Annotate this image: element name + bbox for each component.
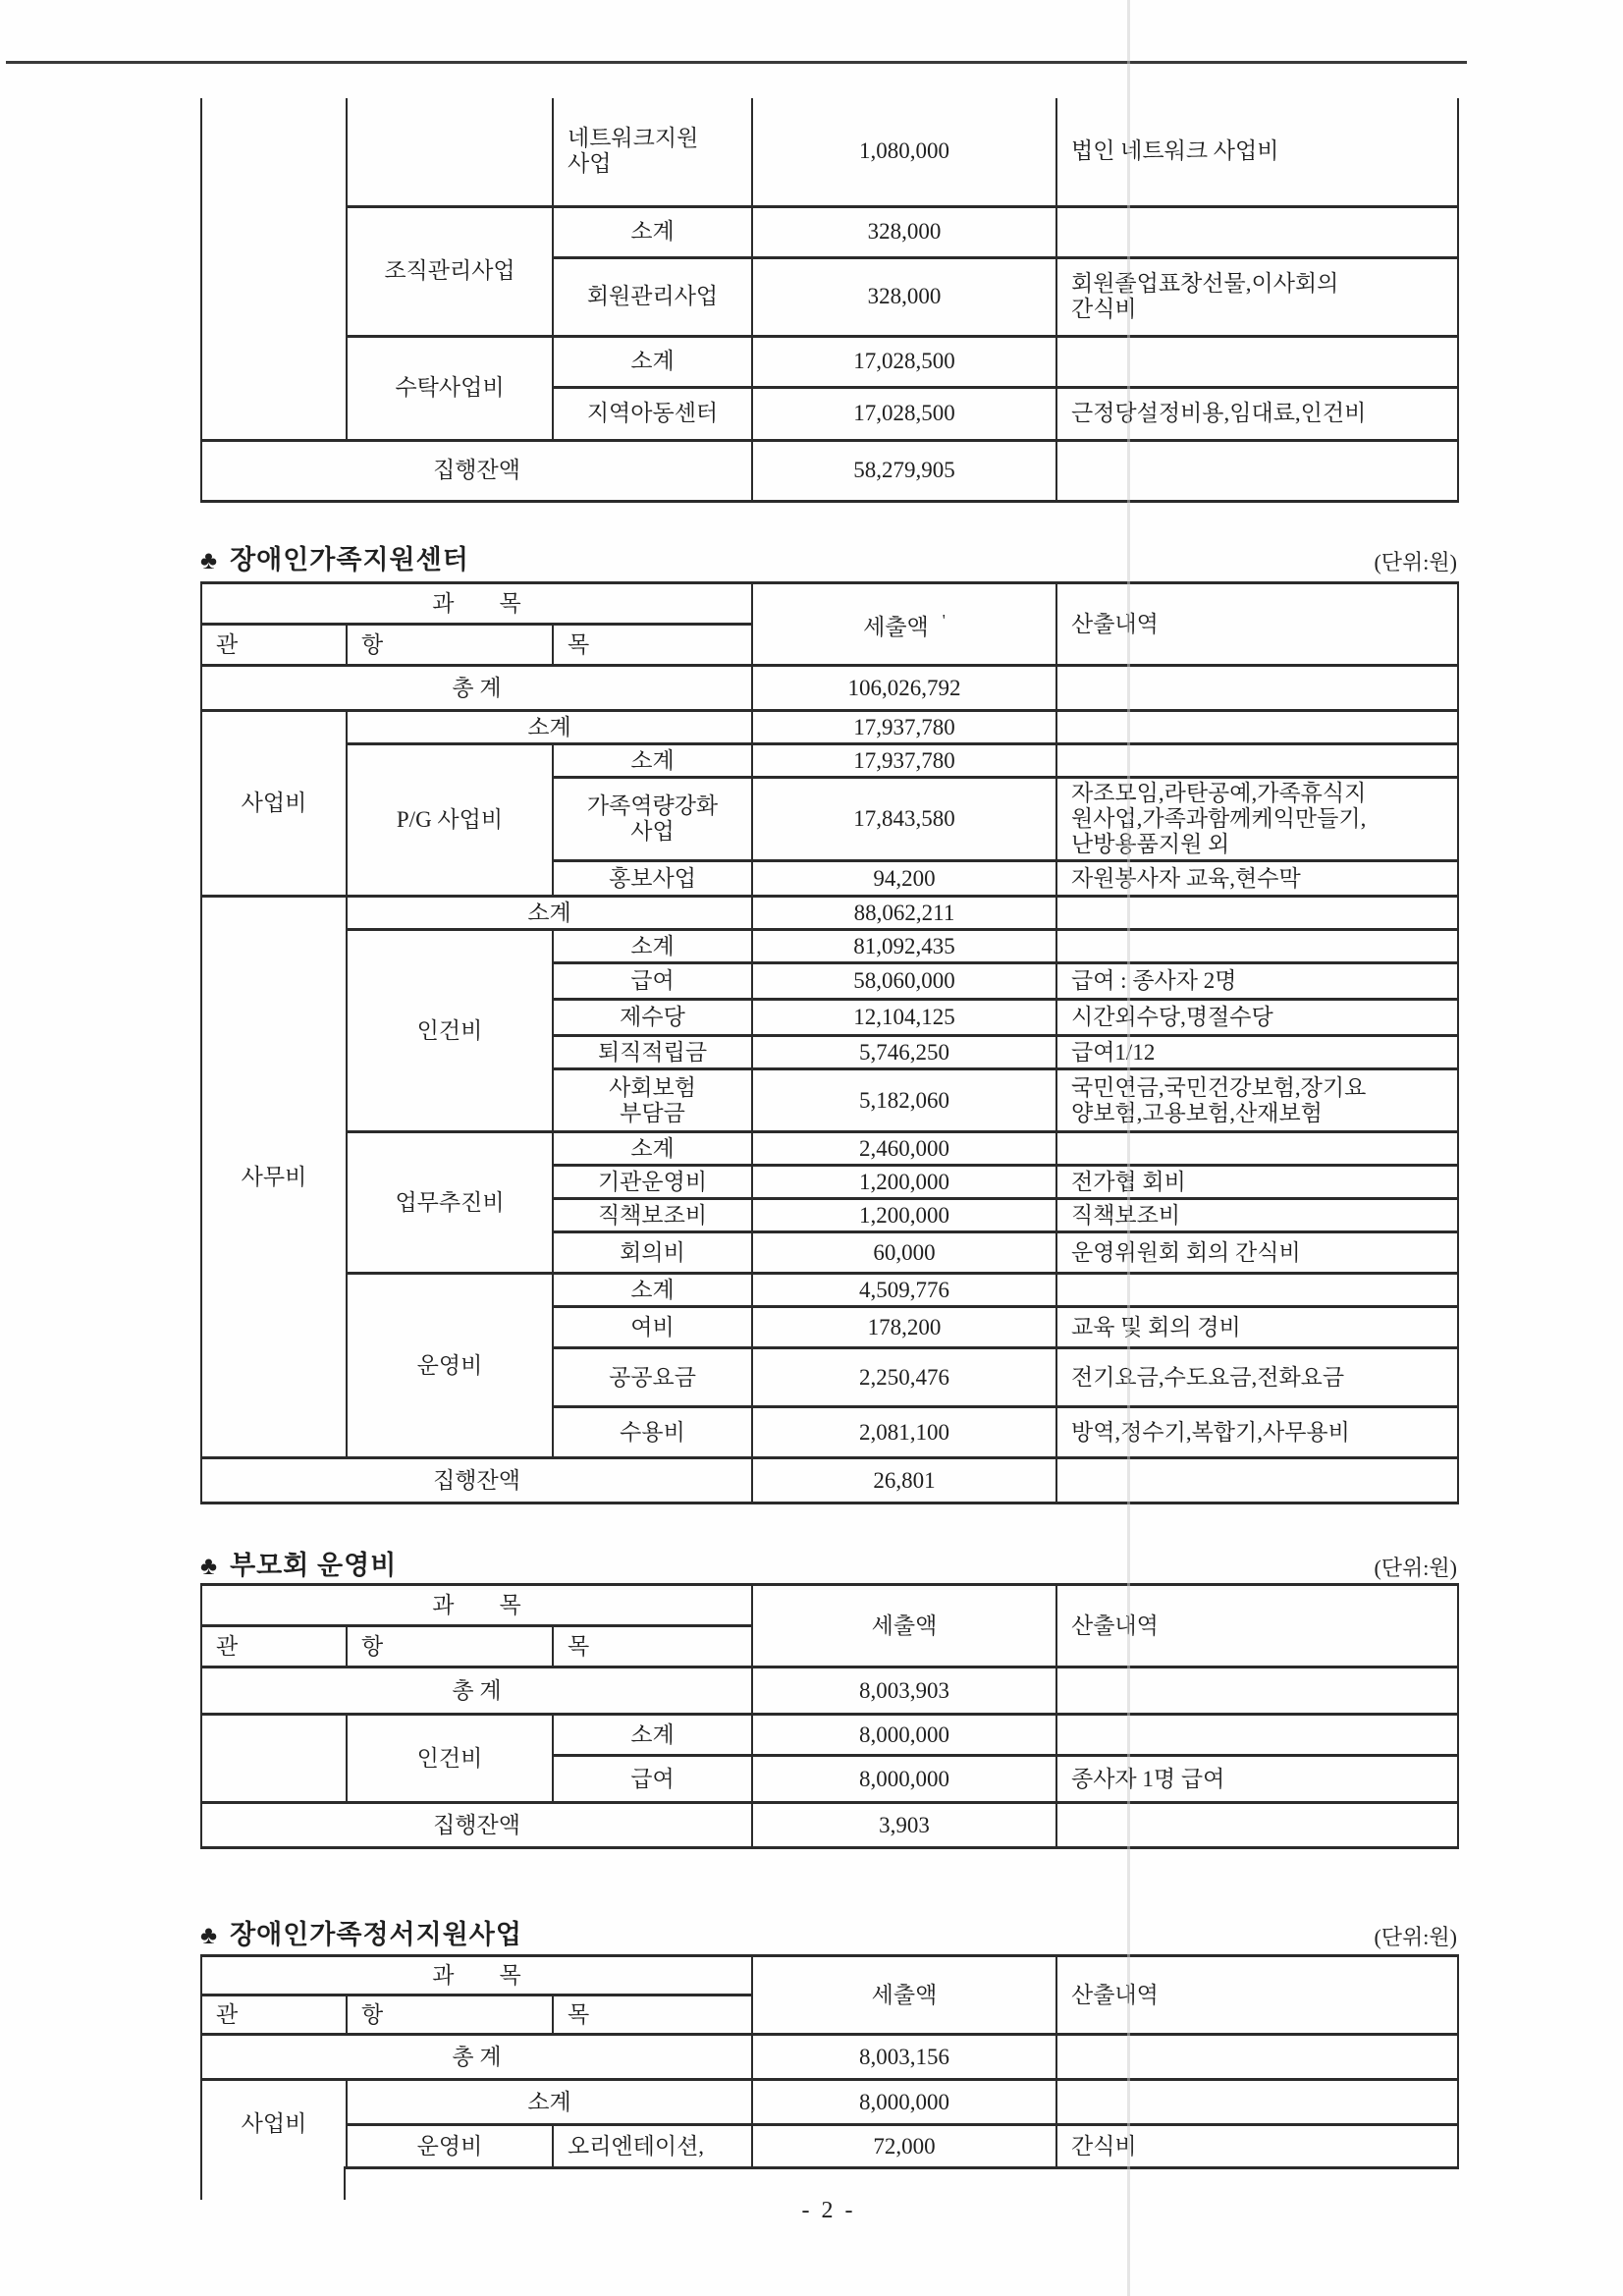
- item-label-cell: 총 계: [201, 2035, 752, 2080]
- table-row: 사업비소계8,000,000: [201, 2080, 1458, 2125]
- cell-text: 소계: [630, 349, 674, 373]
- header-cell: 관: [201, 1626, 347, 1667]
- item-label-cell: 여비: [553, 1307, 752, 1348]
- header-cell: 목: [553, 625, 752, 666]
- empty-cell: [347, 98, 553, 206]
- clover-icon: ♣: [200, 1552, 218, 1580]
- item-label-cell: 직책보조비: [553, 1199, 752, 1232]
- empty-cell: [201, 1715, 347, 1803]
- amount-cell: 72,000: [752, 2125, 1056, 2168]
- cell-text: 12,104,125: [853, 1005, 955, 1029]
- item-label-cell: 제수당: [553, 1000, 752, 1036]
- page-number: - 2 -: [200, 2198, 1457, 2224]
- cell-text: 홍보사업: [609, 866, 696, 891]
- detail-cell: 간식비: [1056, 2125, 1458, 2168]
- cell-text: 네트워크지원 사업: [568, 126, 698, 176]
- cell-text: 72,000: [873, 2134, 935, 2159]
- table-row: 인건비소계8,000,000: [201, 1715, 1458, 1756]
- item-label-cell: 집행잔액: [201, 440, 752, 501]
- cell-text: 목: [568, 2002, 589, 2027]
- item-label-cell: 소계: [553, 1132, 752, 1166]
- cell-text: 2,250,476: [859, 1365, 949, 1390]
- amount-cell: 2,081,100: [752, 1407, 1056, 1458]
- table-row: 과 목세출액산출내역: [201, 1956, 1458, 1995]
- cell-text: 제수당: [620, 1005, 685, 1029]
- cell-text: 8,000,000: [859, 1767, 949, 1791]
- amount-cell: 3,903: [752, 1803, 1056, 1848]
- item-label-cell: 인건비: [347, 930, 553, 1132]
- header-cell: 과 목: [201, 1956, 752, 1995]
- cell-text: 수용비: [620, 1420, 685, 1445]
- empty-cell: [1056, 711, 1458, 744]
- cell-text: 사업비: [242, 2111, 307, 2136]
- cell-text: 1,200,000: [859, 1170, 949, 1194]
- detail-cell: 직책보조비: [1056, 1199, 1458, 1232]
- cell-text: 교육 및 회의 경비: [1071, 1315, 1241, 1339]
- item-label-cell: 총 계: [201, 666, 752, 711]
- section-title: ♣부모회 운영비: [200, 1544, 397, 1582]
- item-label-cell: 집행잔액: [201, 1803, 752, 1848]
- header-cell: 세출액': [752, 583, 1056, 666]
- cell-text: 집행잔액: [433, 1468, 520, 1493]
- amount-cell: 178,200: [752, 1307, 1056, 1348]
- table-carryover-top: 네트워크지원 사업1,080,000법인 네트워크 사업비조직관리사업소계328…: [200, 98, 1459, 503]
- section-heading: ♣장애인가족정서지원사업(단위:원): [200, 1913, 1457, 1951]
- table-cut-stub: [200, 2166, 202, 2200]
- empty-cell: [1056, 440, 1458, 501]
- cell-text: 17,028,500: [853, 401, 955, 425]
- header-cell: 항: [347, 1995, 553, 2035]
- item-label-cell: 수탁사업비: [347, 336, 553, 440]
- cell-text: 관: [216, 1634, 238, 1659]
- amount-cell: 328,000: [752, 206, 1056, 257]
- item-label-cell: 인건비: [347, 1715, 553, 1803]
- item-label-cell: P/G 사업비: [347, 744, 553, 897]
- table-row: 총 계106,026,792: [201, 666, 1458, 711]
- empty-cell: [201, 98, 347, 440]
- header-cell: 관: [201, 625, 347, 666]
- cell-text: 328,000: [868, 219, 942, 244]
- amount-cell: 60,000: [752, 1232, 1056, 1274]
- detail-cell: 급여 : 종사자 2명: [1056, 963, 1458, 1000]
- amount-cell: 17,937,780: [752, 744, 1056, 778]
- header-cell: 세출액: [752, 1585, 1056, 1667]
- table-row: 운영비오리엔테이션,72,000간식비: [201, 2125, 1458, 2168]
- document-page: ♣장애인가족지원센터(단위:원)♣부모회 운영비(단위:원)♣장애인가족정서지원…: [0, 0, 1623, 2296]
- header-cell: 산출내역: [1056, 1956, 1458, 2035]
- detail-cell: 전기요금,수도요금,전화요금: [1056, 1348, 1458, 1407]
- section-title-text: 부모회 운영비: [230, 1551, 397, 1580]
- amount-cell: 8,003,903: [752, 1667, 1056, 1715]
- cell-text: 5,746,250: [859, 1040, 949, 1065]
- item-label-cell: 회의비: [553, 1232, 752, 1274]
- cell-text: 회원관리사업: [587, 284, 718, 308]
- table-row: 집행잔액26,801: [201, 1458, 1458, 1503]
- amount-cell: 2,250,476: [752, 1348, 1056, 1407]
- scan-artifact-line-vertical: [1127, 0, 1130, 2296]
- cell-text: 17,843,580: [853, 806, 955, 831]
- empty-cell: [1056, 930, 1458, 963]
- cell-text: 88,062,211: [854, 901, 955, 925]
- item-label-cell: 조직관리사업: [347, 206, 553, 336]
- item-label-cell: 사무비: [201, 897, 347, 1458]
- item-label-cell: 오리엔테이션,: [553, 2125, 752, 2168]
- detail-cell: 법인 네트워크 사업비: [1056, 98, 1458, 206]
- item-label-cell: 집행잔액: [201, 1458, 752, 1503]
- item-label-cell: 공공요금: [553, 1348, 752, 1407]
- cell-text: 지역아동센터: [587, 401, 718, 425]
- detail-cell: 전가협 회비: [1056, 1166, 1458, 1199]
- item-label-cell: 운영비: [347, 1274, 553, 1458]
- cell-text: 수탁사업비: [395, 375, 504, 400]
- cell-text: 세출액: [872, 1613, 938, 1638]
- item-label-cell: 네트워크지원 사업: [553, 98, 752, 206]
- amount-cell: 58,060,000: [752, 963, 1056, 1000]
- detail-cell: 자원봉사자 교육,현수막: [1056, 861, 1458, 897]
- empty-cell: [1056, 1715, 1458, 1756]
- detail-cell: 급여1/12: [1056, 1036, 1458, 1069]
- cell-text: 집행잔액: [433, 458, 520, 482]
- amount-cell: 17,028,500: [752, 387, 1056, 440]
- empty-cell: [1056, 1458, 1458, 1503]
- cell-text: 운영비: [417, 2134, 483, 2159]
- item-label-cell: 가족역량강화 사업: [553, 778, 752, 861]
- item-label-cell: 소계: [347, 711, 752, 744]
- empty-cell: [1056, 206, 1458, 257]
- cell-text: 산출내역: [1071, 1983, 1159, 2007]
- header-cell: 목: [553, 1995, 752, 2035]
- cell-text: 퇴직적립금: [598, 1040, 707, 1065]
- cell-text: 국민연금,국민건강보험,장기요 양보험,고용보험,산재보험: [1071, 1075, 1366, 1125]
- cell-text: 소계: [630, 748, 674, 773]
- header-cell: 세출액: [752, 1956, 1056, 2035]
- table-row: 조직관리사업소계328,000: [201, 206, 1458, 257]
- table-row: 운영비소계4,509,776: [201, 1274, 1458, 1307]
- cell-text: 17,937,780: [853, 748, 955, 773]
- item-label-cell: 소계: [553, 1715, 752, 1756]
- cell-text: 전기요금,수도요금,전화요금: [1071, 1365, 1344, 1390]
- item-label-cell: 소계: [553, 930, 752, 963]
- cell-text: 58,279,905: [853, 458, 955, 482]
- cell-text: 급여: [630, 968, 674, 993]
- header-cell: 산출내역: [1056, 1585, 1458, 1667]
- table-row: 사업비소계17,937,780: [201, 711, 1458, 744]
- clover-icon: ♣: [200, 546, 218, 574]
- unit-label: (단위:원): [1374, 1921, 1457, 1951]
- empty-cell: [1056, 666, 1458, 711]
- cell-text: 소계: [630, 1722, 674, 1747]
- cell-text: 17,937,780: [853, 715, 955, 739]
- item-label-cell: 소계: [347, 2080, 752, 2125]
- cell-text: 총 계: [452, 676, 501, 700]
- table-emotional-support: 과 목세출액산출내역관항목총 계8,003,156사업비소계8,000,000운…: [200, 1954, 1459, 2169]
- cell-text: 가족역량강화 사업: [587, 793, 718, 844]
- cell-text: 근정당설정비용,임대료,인건비: [1071, 401, 1366, 425]
- scan-artifact-line-top: [6, 61, 1467, 64]
- cell-text: 회원졸업표창선물,이사회의 간식비: [1071, 271, 1338, 321]
- table-row: 사무비소계88,062,211: [201, 897, 1458, 930]
- cell-text: 운영비: [417, 1353, 483, 1378]
- cell-text: 직책보조비: [598, 1203, 707, 1228]
- detail-cell: 근정당설정비용,임대료,인건비: [1056, 387, 1458, 440]
- item-label-cell: 운영비: [347, 2125, 553, 2168]
- cell-text: 소계: [527, 715, 570, 739]
- cell-text: 회의비: [620, 1240, 685, 1265]
- table-row: 집행잔액58,279,905: [201, 440, 1458, 501]
- detail-cell: 자조모임,라탄공예,가족휴식지 원사업,가족과함께케익만들기, 난방용품지원 외: [1056, 778, 1458, 861]
- cell-text: 58,060,000: [853, 968, 955, 993]
- cell-text: 178,200: [868, 1315, 942, 1339]
- cell-text: 소계: [630, 219, 674, 244]
- detail-cell: 종사자 1명 급여: [1056, 1756, 1458, 1803]
- cell-text: 오리엔테이션,: [568, 2134, 704, 2159]
- empty-cell: [1056, 2080, 1458, 2125]
- cell-text: 인건비: [417, 1018, 483, 1043]
- item-label-cell: 소계: [553, 744, 752, 778]
- unit-label: (단위:원): [1374, 546, 1457, 576]
- amount-cell: 8,000,000: [752, 1715, 1056, 1756]
- cell-text: 5,182,060: [859, 1088, 949, 1113]
- empty-cell: [1056, 1274, 1458, 1307]
- unit-label: (단위:원): [1374, 1552, 1457, 1582]
- table-row: 인건비소계81,092,435: [201, 930, 1458, 963]
- amount-cell: 26,801: [752, 1458, 1056, 1503]
- detail-cell: 교육 및 회의 경비: [1056, 1307, 1458, 1348]
- amount-cell: 5,746,250: [752, 1036, 1056, 1069]
- detail-cell: 방역,정수기,복합기,사무용비: [1056, 1407, 1458, 1458]
- cell-text: 사무비: [242, 1165, 307, 1189]
- cell-text: 8,003,156: [859, 2045, 949, 2069]
- item-label-cell: 사업비: [201, 711, 347, 897]
- cell-text: 26,801: [873, 1468, 935, 1493]
- cell-text: 81,092,435: [853, 934, 955, 958]
- cell-text: 소계: [527, 2090, 570, 2114]
- cell-text: P/G 사업비: [397, 807, 503, 832]
- item-label-cell: 홍보사업: [553, 861, 752, 897]
- cell-text: 인건비: [417, 1746, 483, 1771]
- cell-text: 8,000,000: [859, 2090, 949, 2114]
- cell-text: 급여: [630, 1767, 674, 1791]
- cell-text: 항: [361, 632, 383, 657]
- cell-text: 종사자 1명 급여: [1071, 1767, 1224, 1791]
- empty-cell: [1056, 897, 1458, 930]
- item-label-cell: 총 계: [201, 1667, 752, 1715]
- cell-text: 17,028,500: [853, 349, 955, 373]
- item-label-cell: 퇴직적립금: [553, 1036, 752, 1069]
- header-cell: 항: [347, 1626, 553, 1667]
- header-cell: 과 목: [201, 1585, 752, 1626]
- table-parents-association: 과 목세출액산출내역관항목총 계8,003,903인건비소계8,000,000급…: [200, 1583, 1459, 1849]
- amount-cell: 94,200: [752, 861, 1056, 897]
- cell-text: 사회보험 부담금: [609, 1075, 696, 1125]
- table-row: 집행잔액3,903: [201, 1803, 1458, 1848]
- item-label-cell: 사업비: [201, 2080, 347, 2168]
- amount-cell: 4,509,776: [752, 1274, 1056, 1307]
- cell-text: 관: [216, 632, 238, 657]
- cell-text: 자원봉사자 교육,현수막: [1071, 866, 1301, 891]
- empty-cell: [1056, 1667, 1458, 1715]
- table-row: 총 계8,003,903: [201, 1667, 1458, 1715]
- header-cell: 항: [347, 625, 553, 666]
- detail-cell: 회원졸업표창선물,이사회의 간식비: [1056, 257, 1458, 336]
- section-heading: ♣부모회 운영비(단위:원): [200, 1544, 1457, 1582]
- cell-text: 집행잔액: [433, 1813, 520, 1837]
- detail-cell: 운영위원회 회의 간식비: [1056, 1232, 1458, 1274]
- amount-cell: 58,279,905: [752, 440, 1056, 501]
- cell-text: 소계: [527, 901, 570, 925]
- cell-text: 운영위원회 회의 간식비: [1071, 1240, 1301, 1265]
- amount-cell: 8,000,000: [752, 2080, 1056, 2125]
- cell-text: 기관운영비: [598, 1170, 707, 1194]
- cell-text: 관: [216, 2002, 238, 2027]
- cell-text: 1,080,000: [859, 138, 949, 163]
- item-label-cell: 소계: [553, 206, 752, 257]
- cell-text: 1,200,000: [859, 1203, 949, 1228]
- cell-text: 과 목: [432, 591, 520, 616]
- cell-text: 산출내역: [1071, 612, 1159, 636]
- cell-text: 항: [361, 1634, 383, 1659]
- table-row: 과 목세출액'산출내역: [201, 583, 1458, 625]
- section-heading: ♣장애인가족지원센터(단위:원): [200, 538, 1457, 576]
- section-title-text: 장애인가족지원센터: [230, 545, 469, 574]
- cell-text: 2,460,000: [859, 1136, 949, 1161]
- cell-text: 8,003,903: [859, 1678, 949, 1703]
- cell-text: 8,000,000: [859, 1722, 949, 1747]
- detail-cell: 시간외수당,명절수당: [1056, 1000, 1458, 1036]
- cell-text: 소계: [630, 1136, 674, 1161]
- amount-cell: 88,062,211: [752, 897, 1056, 930]
- table-cut-stub: [344, 2166, 346, 2200]
- cell-text: 4,509,776: [859, 1278, 949, 1302]
- item-label-cell: 지역아동센터: [553, 387, 752, 440]
- cell-text: 총 계: [452, 2045, 501, 2069]
- header-cell: 과 목: [201, 583, 752, 625]
- cell-text: 과 목: [432, 1963, 520, 1988]
- empty-cell: [1056, 744, 1458, 778]
- cell-text: 소계: [630, 934, 674, 958]
- item-label-cell: 사회보험 부담금: [553, 1069, 752, 1132]
- item-label-cell: 업무추진비: [347, 1132, 553, 1274]
- section-title: ♣장애인가족정서지원사업: [200, 1913, 522, 1951]
- cell-text: 자조모임,라탄공예,가족휴식지 원사업,가족과함께케익만들기, 난방용품지원 외: [1071, 781, 1366, 856]
- cell-text: 세출액: [872, 1983, 938, 2007]
- cell-text: 시간외수당,명절수당: [1071, 1005, 1273, 1029]
- empty-cell: [1056, 2035, 1458, 2080]
- item-label-cell: 기관운영비: [553, 1166, 752, 1199]
- amount-cell: 2,460,000: [752, 1132, 1056, 1166]
- cell-text: 소계: [630, 1278, 674, 1302]
- item-label-cell: 소계: [553, 1274, 752, 1307]
- amount-cell: 17,937,780: [752, 711, 1056, 744]
- cell-text: 94,200: [873, 866, 935, 891]
- cell-text: 여비: [630, 1315, 674, 1339]
- cell-text: 급여 : 종사자 2명: [1071, 968, 1236, 993]
- cell-text: 직책보조비: [1071, 1203, 1180, 1228]
- amount-cell: 328,000: [752, 257, 1056, 336]
- item-label-cell: 급여: [553, 963, 752, 1000]
- item-label-cell: 급여: [553, 1756, 752, 1803]
- cell-text: 목: [568, 1634, 589, 1659]
- amount-cell: 1,200,000: [752, 1199, 1056, 1232]
- header-cell: 관: [201, 1995, 347, 2035]
- section-title: ♣장애인가족지원센터: [200, 538, 469, 576]
- cell-text: 급여1/12: [1071, 1040, 1155, 1065]
- amount-cell: 1,080,000: [752, 98, 1056, 206]
- amount-cell: 81,092,435: [752, 930, 1056, 963]
- amount-cell: 106,026,792: [752, 666, 1056, 711]
- empty-cell: [1056, 336, 1458, 387]
- table-row: 네트워크지원 사업1,080,000법인 네트워크 사업비: [201, 98, 1458, 206]
- amount-cell: 17,028,500: [752, 336, 1056, 387]
- amount-cell: 8,000,000: [752, 1756, 1056, 1803]
- detail-cell: 국민연금,국민건강보험,장기요 양보험,고용보험,산재보험: [1056, 1069, 1458, 1132]
- amount-cell: 8,003,156: [752, 2035, 1056, 2080]
- item-label-cell: 소계: [347, 897, 752, 930]
- cell-text: 업무추진비: [395, 1190, 504, 1215]
- cell-text: 항: [361, 2002, 383, 2027]
- cell-text: 법인 네트워크 사업비: [1071, 138, 1278, 163]
- cell-text: 방역,정수기,복합기,사무용비: [1071, 1420, 1350, 1445]
- cell-text: 60,000: [873, 1240, 935, 1265]
- empty-cell: [1056, 1803, 1458, 1848]
- amount-cell: 1,200,000: [752, 1166, 1056, 1199]
- cell-text: 총 계: [452, 1678, 501, 1703]
- cell-text: 공공요금: [609, 1365, 696, 1390]
- amount-cell: 17,843,580: [752, 778, 1056, 861]
- cell-text: 과 목: [432, 1593, 520, 1617]
- empty-cell: [1056, 1132, 1458, 1166]
- stray-tick-mark: ': [943, 611, 946, 629]
- item-label-cell: 회원관리사업: [553, 257, 752, 336]
- table-family-support-center: 과 목세출액'산출내역관항목총 계106,026,792사업비소계17,937,…: [200, 581, 1459, 1504]
- cell-text: 목: [568, 632, 589, 657]
- header-cell: 산출내역: [1056, 583, 1458, 666]
- item-label-cell: 수용비: [553, 1407, 752, 1458]
- table-row: 총 계8,003,156: [201, 2035, 1458, 2080]
- cell-text: 세출액: [863, 615, 929, 639]
- cell-text: 사업비: [242, 791, 307, 815]
- item-label-cell: 소계: [553, 336, 752, 387]
- clover-icon: ♣: [200, 1921, 218, 1949]
- amount-cell: 5,182,060: [752, 1069, 1056, 1132]
- cell-text: 2,081,100: [859, 1420, 949, 1445]
- amount-cell: 12,104,125: [752, 1000, 1056, 1036]
- table-row: 수탁사업비소계17,028,500: [201, 336, 1458, 387]
- cell-text: 328,000: [868, 284, 942, 308]
- cell-text: 산출내역: [1071, 1613, 1159, 1638]
- table-row: 과 목세출액산출내역: [201, 1585, 1458, 1626]
- table-row: P/G 사업비소계17,937,780: [201, 744, 1458, 778]
- cell-text: 106,026,792: [848, 676, 961, 700]
- cell-text: 3,903: [879, 1813, 930, 1837]
- section-title-text: 장애인가족정서지원사업: [230, 1920, 522, 1949]
- header-cell: 목: [553, 1626, 752, 1667]
- table-row: 업무추진비소계2,460,000: [201, 1132, 1458, 1166]
- cell-text: 조직관리사업: [384, 258, 514, 283]
